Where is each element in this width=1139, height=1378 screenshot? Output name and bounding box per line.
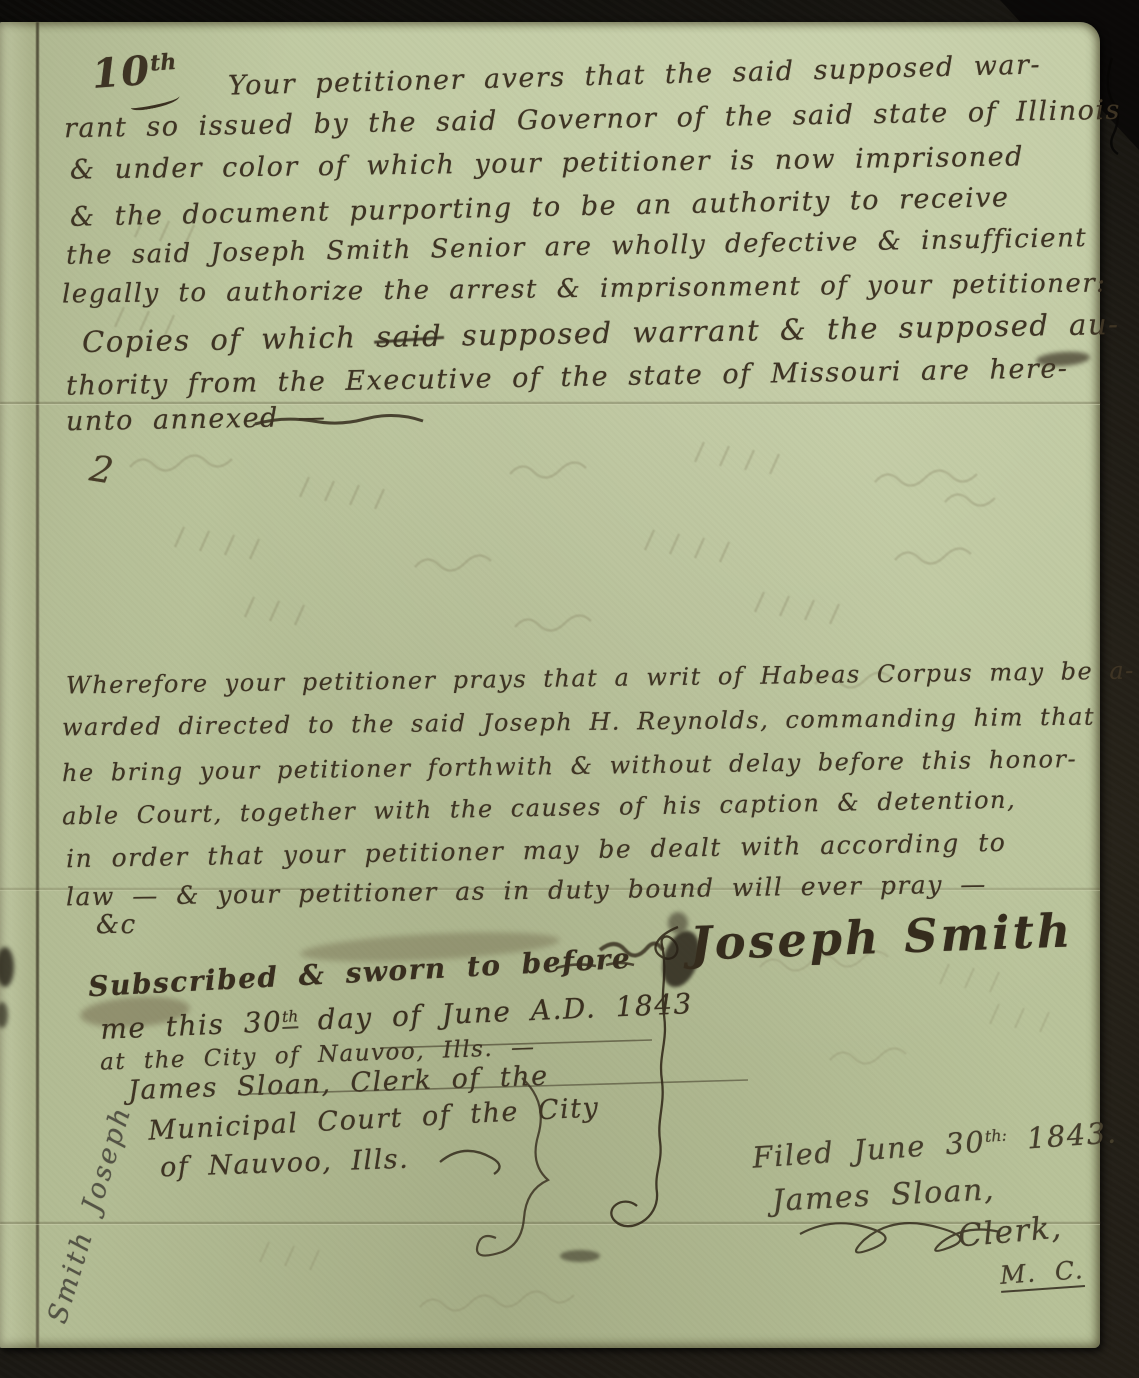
prayer-line: warded directed to the said Joseph H. Re… bbox=[62, 703, 1095, 742]
signature-joseph-smith: Joseph Smith bbox=[689, 903, 1074, 970]
etc-mark: &c bbox=[96, 910, 137, 940]
manuscript-line: & under color of which your petitioner i… bbox=[70, 141, 1024, 185]
date-pre: me this 30 bbox=[100, 1005, 283, 1046]
manuscript-line: rant so issued by the said Governor of t… bbox=[64, 95, 1121, 144]
attestation-line: of Nauvoo, Ills. bbox=[160, 1144, 410, 1184]
margin-annotation-vertical: Smith Joseph bbox=[42, 1102, 138, 1327]
struck-word: said bbox=[376, 319, 443, 354]
date-ordinal: th bbox=[282, 1007, 299, 1029]
filing-clerk-title: Clerk, bbox=[957, 1210, 1064, 1255]
ink-squiggle-mark: 2 bbox=[87, 448, 118, 492]
manuscript-paper: 10th Your petitioner avers that the said… bbox=[0, 22, 1100, 1348]
prayer-line: able Court, together with the causes of … bbox=[62, 786, 1017, 831]
prayer-line: he bring your petitioner forthwith & wit… bbox=[62, 745, 1077, 787]
scanned-document-page: { "document_kind": "Handwritten manuscri… bbox=[0, 0, 1139, 1378]
paper-folded-edge bbox=[0, 22, 37, 1348]
line-post: supposed warrant & the supposed au- bbox=[442, 307, 1120, 353]
filing-date-line: Filed June 30th: 1843. bbox=[751, 1115, 1118, 1174]
manuscript-line: Your petitioner avers that the said supp… bbox=[228, 49, 1042, 101]
ink-blot-small bbox=[668, 912, 688, 934]
filing-court-abbrev: M. C. bbox=[999, 1255, 1085, 1293]
prayer-line: in order that your petitioner may be dea… bbox=[66, 828, 1007, 873]
item-number: 10th bbox=[90, 45, 178, 98]
filing-clerk-name: James Sloan, bbox=[771, 1172, 996, 1219]
prayer-line: Wherefore your petitioner prays that a w… bbox=[66, 657, 1135, 700]
bottom-smudge bbox=[560, 1250, 600, 1262]
fold-crease-vertical bbox=[36, 22, 39, 1348]
line-pre: Copies of which bbox=[82, 320, 377, 359]
item-number-ordinal: th bbox=[149, 49, 177, 77]
filed-ordinal: th: bbox=[984, 1125, 1007, 1145]
fold-crease-horizontal-3 bbox=[0, 1222, 1100, 1225]
prayer-line: law — & your petitioner as in duty bound… bbox=[66, 870, 987, 912]
manuscript-line: & the document purporting to be an autho… bbox=[70, 182, 1010, 233]
manuscript-line-with-strikeout: Copies of which said supposed warrant & … bbox=[82, 307, 1120, 359]
manuscript-line: unto annexed — bbox=[66, 402, 327, 438]
manuscript-line: thority from the Executive of the state … bbox=[66, 353, 1069, 401]
date-post: day of June A.D. 1843 bbox=[298, 987, 694, 1037]
filed-pre: Filed June 30 bbox=[751, 1125, 986, 1175]
manuscript-line: legally to authorize the arrest & impris… bbox=[62, 269, 1107, 310]
manuscript-line: the said Joseph Smith Senior are wholly … bbox=[66, 223, 1088, 271]
